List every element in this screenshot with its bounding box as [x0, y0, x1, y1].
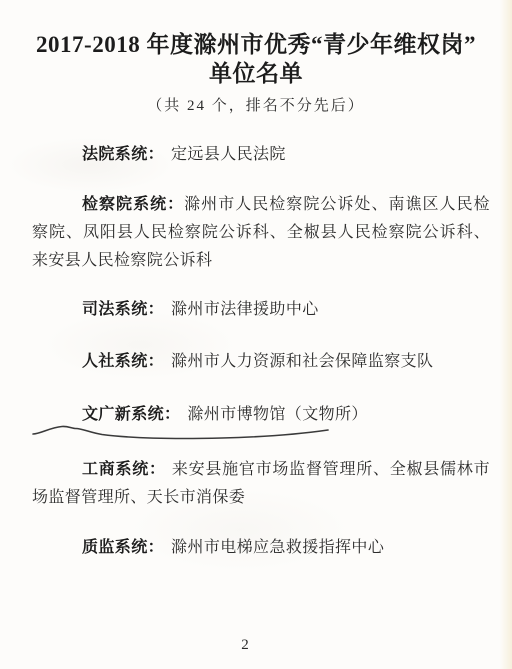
section-culture-broadcast: 文广新系统：滁州市博物馆（文物所） — [32, 401, 490, 429]
section-justice: 司法系统：滁州市法律援助中心 — [32, 296, 490, 324]
section-quality-supervision: 质监系统：滁州市电梯应急救援指挥中心 — [32, 534, 490, 562]
title-line-2: 单位名单 — [0, 59, 512, 88]
section-label: 法院系统： — [82, 146, 164, 163]
section-content: 滁州市法律援助中心 — [171, 301, 319, 318]
section-label: 司法系统： — [82, 301, 164, 318]
hand-drawn-underline — [32, 423, 335, 443]
section-hr-social-security: 人社系统：滁州市人力资源和社会保障监察支队 — [32, 348, 490, 376]
section-content: 滁州市电梯应急救援指挥中心 — [171, 539, 384, 556]
section-content: 定远县人民法院 — [171, 146, 286, 163]
section-court: 法院系统：定远县人民法院 — [32, 141, 490, 169]
section-industry-commerce: 工商系统：来安县施官市场监督管理所、全椒县儒林市场监督管理所、天长市消保委 — [32, 456, 490, 512]
document-subtitle: （共 24 个，排名不分先后） — [0, 94, 512, 115]
section-label: 检察院系统： — [82, 196, 184, 213]
unit-list: 法院系统：定远县人民法院 检察院系统：滁州市人民检察院公诉处、南谯区人民检察院、… — [0, 141, 512, 562]
document-title: 2017-2018 年度滁州市优秀“青少年维权岗” 单位名单 — [0, 0, 512, 88]
scanned-document-page: 2017-2018 年度滁州市优秀“青少年维权岗” 单位名单 （共 24 个，排… — [0, 0, 512, 669]
section-procuratorate: 检察院系统：滁州市人民检察院公诉处、南谯区人民检察院、凤阳县人民检察院公诉科、全… — [32, 191, 490, 275]
section-content: 滁州市人力资源和社会保障监察支队 — [171, 353, 433, 370]
section-label: 文广新系统： — [82, 406, 180, 423]
section-label: 工商系统： — [82, 461, 166, 478]
title-line-1: 2017-2018 年度滁州市优秀“青少年维权岗” — [0, 30, 512, 59]
section-label: 质监系统： — [82, 539, 164, 556]
section-content: 滁州市博物馆（文物所） — [187, 406, 367, 423]
page-number: 2 — [0, 637, 490, 654]
section-label: 人社系统： — [82, 353, 164, 370]
